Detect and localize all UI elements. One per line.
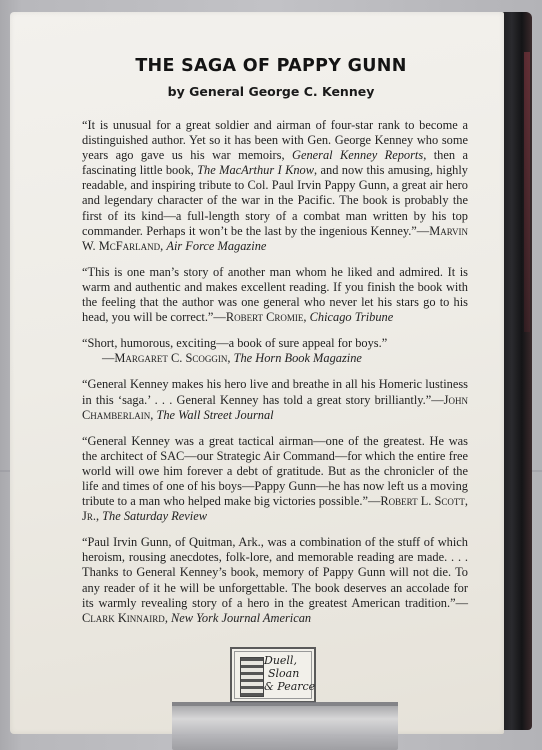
review-5: “General Kenney was a great tactical air… [82, 434, 468, 525]
review-1: “It is unusual for a great soldier and a… [82, 118, 468, 254]
review-source: The Wall Street Journal [156, 408, 273, 422]
book-title: THE SAGA OF PAPPY GUNN [0, 56, 542, 76]
review-author: Clark Kinnaird [82, 611, 165, 625]
acrylic-book-stand [172, 702, 398, 750]
review-list: “It is unusual for a great soldier and a… [82, 118, 468, 637]
review-source: The Horn Book Magazine [234, 351, 362, 365]
publisher-name: Duell, Sloan & Pearce [264, 654, 316, 693]
review-source: The Saturday Review [102, 509, 207, 523]
review-source: Air Force Magazine [166, 239, 266, 253]
review-source: New York Journal American [171, 611, 311, 625]
publisher-logo: Duell, Sloan & Pearce [230, 647, 316, 703]
review-3: “Short, humorous, exciting—a book of sur… [82, 336, 468, 366]
review-author: —Margaret C. Scoggin [102, 351, 227, 365]
review-source: Chicago Tribune [310, 310, 394, 324]
book-byline: by General George C. Kenney [0, 84, 542, 99]
review-2: “This is one man’s story of another man … [82, 265, 468, 325]
building-icon [240, 657, 264, 697]
review-6: “Paul Irvin Gunn, of Quitman, Ark., was … [82, 535, 468, 626]
review-author: Robert Cromie [226, 310, 304, 324]
review-4: “General Kenney makes his hero live and … [82, 377, 468, 422]
